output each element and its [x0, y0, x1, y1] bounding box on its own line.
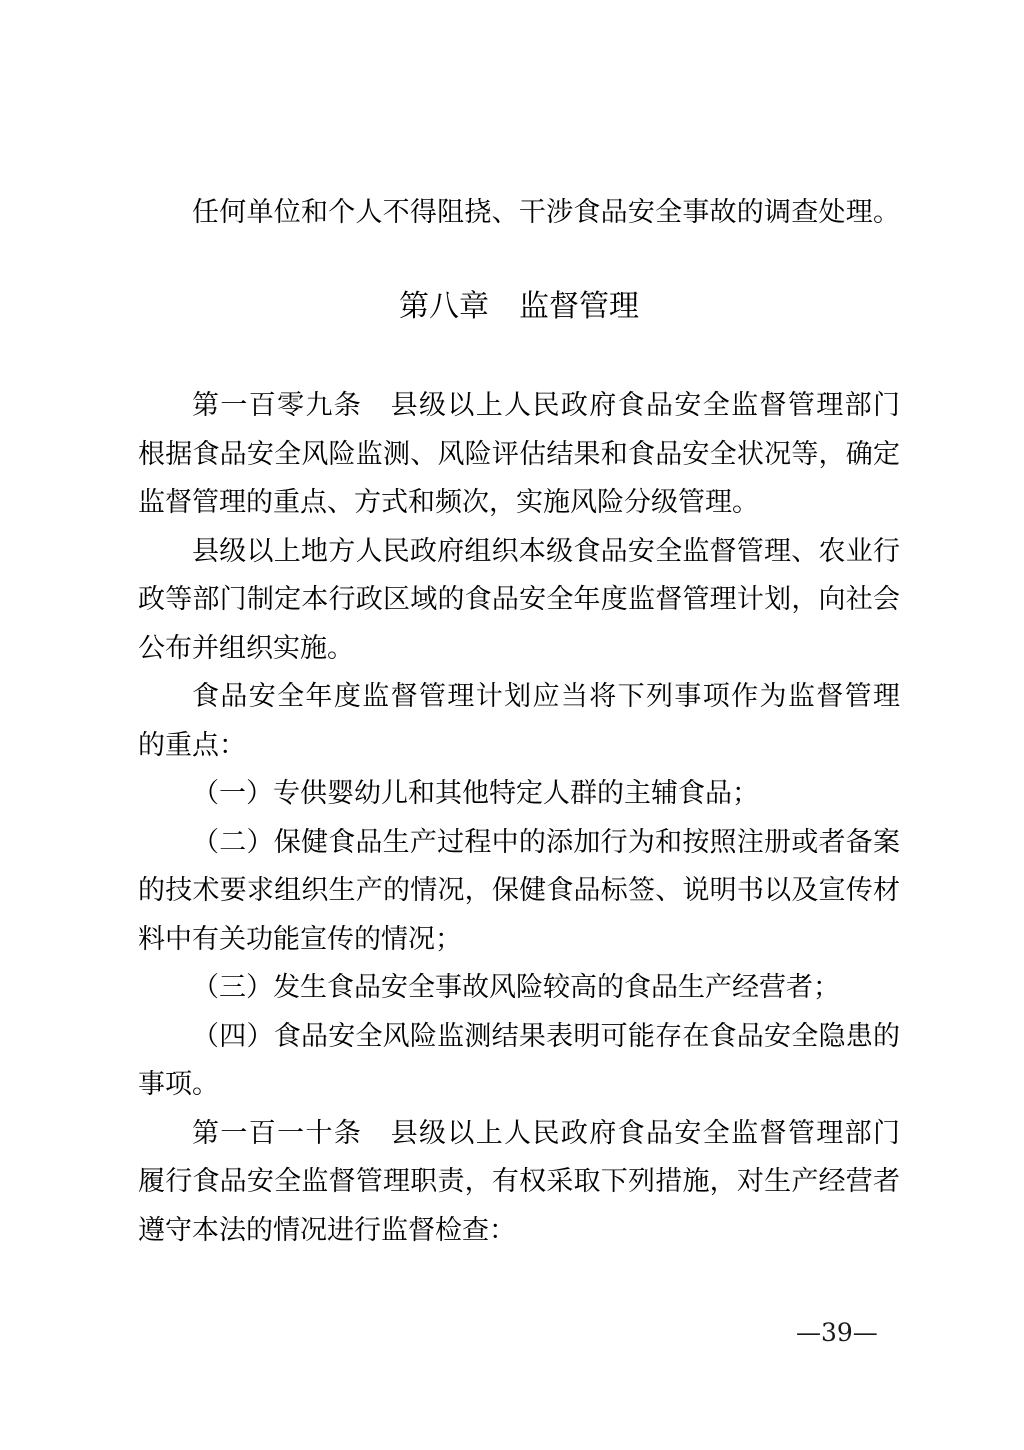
- body-text-line: 公布并组织实施。: [138, 624, 900, 673]
- chapter-heading: 第八章 监督管理: [138, 283, 900, 331]
- body-text-line: （三）发生食品安全事故风险较高的食品生产经营者；: [138, 963, 900, 1012]
- body-text-line: 政等部门制定本行政区域的食品安全年度监督管理计划，向社会: [138, 575, 900, 624]
- body-text-line: 根据食品安全风险监测、风险评估结果和食品安全状况等，确定: [138, 430, 900, 479]
- body-text-line: 第一百一十条 县级以上人民政府食品安全监督管理部门: [138, 1109, 900, 1158]
- body-text-line: 县级以上地方人民政府组织本级食品安全监督管理、农业行: [138, 527, 900, 576]
- body-text-line: （四）食品安全风险监测结果表明可能存在食品安全隐患的: [138, 1012, 900, 1061]
- body-text-line: 第一百零九条 县级以上人民政府食品安全监督管理部门: [138, 381, 900, 430]
- body-text-line: 的技术要求组织生产的情况，保健食品标签、说明书以及宣传材: [138, 866, 900, 915]
- body-text-line: 履行食品安全监督管理职责，有权采取下列措施，对生产经营者: [138, 1157, 900, 1206]
- document-page: 任何单位和个人不得阻挠、干涉食品安全事故的调查处理。 第八章 监督管理 第一百零…: [0, 0, 1024, 1450]
- body-text-line: 监督管理的重点、方式和频次，实施风险分级管理。: [138, 478, 900, 527]
- body-text-line: 事项。: [138, 1060, 900, 1109]
- body-text-line: 的重点：: [138, 721, 900, 770]
- body-text-line: （二）保健食品生产过程中的添加行为和按照注册或者备案: [138, 818, 900, 867]
- body-text-line: 食品安全年度监督管理计划应当将下列事项作为监督管理: [138, 672, 900, 721]
- intro-paragraph-line: 任何单位和个人不得阻挠、干涉食品安全事故的调查处理。: [138, 188, 900, 237]
- body-text-block: 第一百零九条 县级以上人民政府食品安全监督管理部门 根据食品安全风险监测、风险评…: [138, 381, 900, 1254]
- body-text-line: （一）专供婴幼儿和其他特定人群的主辅食品；: [138, 769, 900, 818]
- body-text-line: 料中有关功能宣传的情况；: [138, 915, 900, 964]
- page-number: —39—: [796, 1318, 878, 1348]
- body-text-line: 遵守本法的情况进行监督检查：: [138, 1206, 900, 1255]
